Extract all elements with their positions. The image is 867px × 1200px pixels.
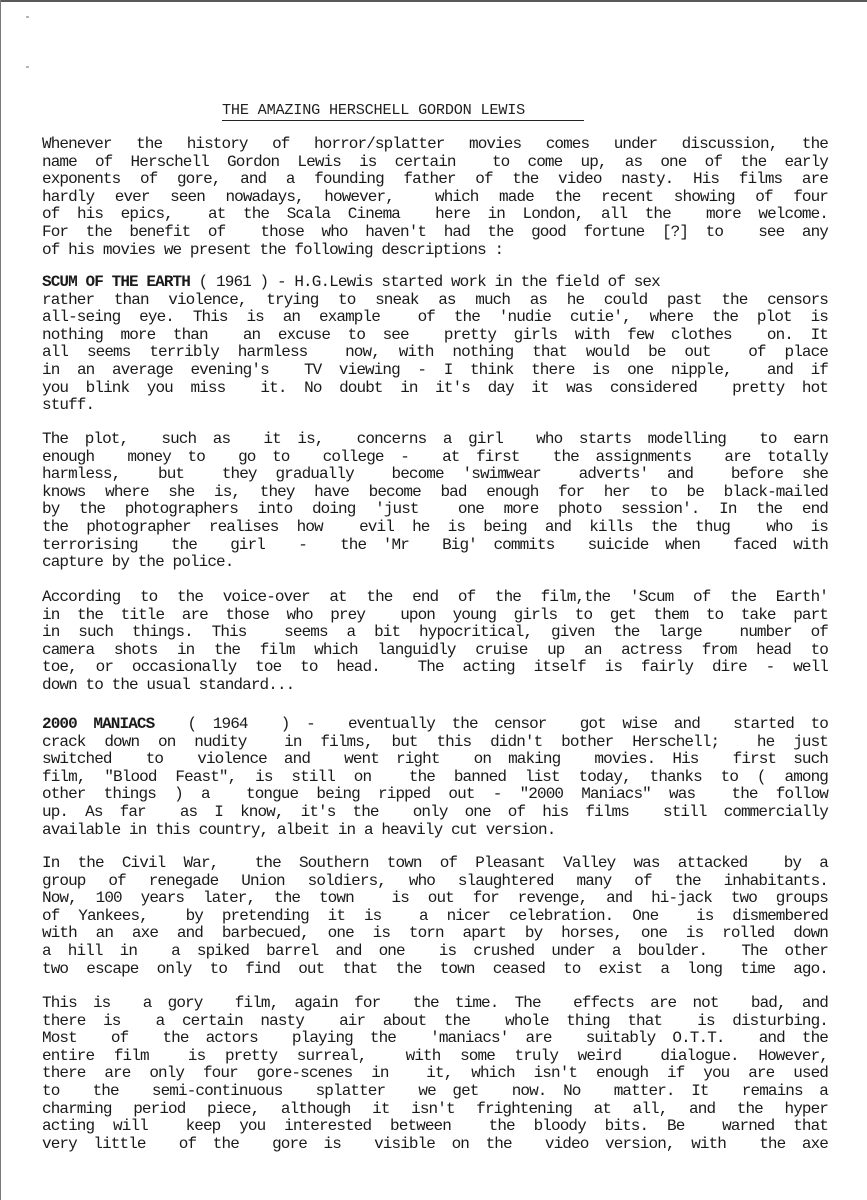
text-line: For the benefit of those who haven't had… (42, 224, 828, 242)
text-line: terrorising the girl - the 'Mr Big' comm… (42, 537, 828, 555)
text-line: to the semi-continuous splatter we get n… (42, 1083, 828, 1101)
text-line: name of Herschell Gordon Lewis is certai… (42, 154, 828, 172)
film-title: 2000 MANIACS (42, 715, 154, 733)
film-heading-rest: ( 1964 ) - eventually the censor got wis… (154, 715, 828, 733)
scum-of-the-earth-section: SCUM OF THE EARTH ( 1961 ) - H.G.Lewis s… (42, 274, 828, 415)
text-line: of Yankees, by pretending it is a nicer … (42, 908, 828, 926)
text-line: Whenever the history of horror/splatter … (42, 136, 828, 154)
text-line: there is a certain nasty air about the w… (42, 1013, 828, 1031)
text-line: by the photographers into doing 'just on… (42, 501, 828, 519)
text-line: in the title are those who prey upon you… (42, 607, 828, 625)
text-line: In the Civil War, the Southern town of P… (42, 855, 828, 873)
text-line: group of renegade Union soldiers, who sl… (42, 873, 828, 891)
scan-left-edge (0, 0, 1, 1200)
text-line: crack down on nudity in films, but this … (42, 734, 828, 752)
text-line: hardly ever seen nowadays, however, whic… (42, 189, 828, 207)
text-line: other things ) a tongue being ripped out… (42, 786, 828, 804)
page-title: THE AMAZING HERSCHELL GORDON LEWIS (222, 101, 584, 121)
text-line: up. As far as I know, it's the only one … (42, 804, 828, 822)
text-line: in an average evening's TV viewing - I t… (42, 362, 828, 380)
maniacs-review-paragraph: This is a gory film, again for the time.… (42, 995, 828, 1153)
text-line: a hill in a spiked barrel and one is cru… (42, 943, 828, 961)
text-line: in such things. This seems a bit hypocri… (42, 624, 828, 642)
scan-top-edge (0, 0, 867, 2)
text-line: switched to violence and went right on m… (42, 751, 828, 769)
text-line: down to the usual standard... (42, 677, 828, 695)
text-line: entire film is pretty surreal, with some… (42, 1048, 828, 1066)
text-line: rather than violence, trying to sneak as… (42, 292, 828, 310)
text-line: Now, 100 years later, the town is out fo… (42, 890, 828, 908)
film-heading-line: 2000 MANIACS ( 1964 ) - eventually the c… (42, 716, 828, 734)
text-line: camera shots in the film which languidly… (42, 642, 828, 660)
text-line: acting will keep you interested between … (42, 1118, 828, 1136)
text-line: knows where she is, they have become bad… (42, 484, 828, 502)
text-line: stuff. (42, 397, 828, 415)
text-line: film, "Blood Feast", is still on the ban… (42, 769, 828, 787)
film-heading-rest: ( 1961 ) - H.G.Lewis started work in the… (190, 273, 660, 291)
text-line: of his movies we present the following d… (42, 242, 828, 260)
text-line: exponents of gore, and a founding father… (42, 171, 828, 189)
text-line: harmless, but they gradually become 'swi… (42, 466, 828, 484)
text-line: enough money to go to college - at first… (42, 449, 828, 467)
film-title: SCUM OF THE EARTH (42, 273, 190, 291)
intro-paragraph: Whenever the history of horror/splatter … (42, 136, 828, 259)
text-line: available in this country, albeit in a h… (42, 822, 828, 840)
scan-speck (26, 66, 29, 68)
text-line: of his epics, at the Scala Cinema here i… (42, 206, 828, 224)
text-line: there are only four gore-scenes in it, w… (42, 1065, 828, 1083)
text-line: nothing more than an excuse to see prett… (42, 327, 828, 345)
text-line: with an axe and barbecued, one is torn a… (42, 925, 828, 943)
text-line: According to the voice-over at the end o… (42, 589, 828, 607)
text-line: toe, or occasionally toe to head. The ac… (42, 659, 828, 677)
maniacs-plot-paragraph: In the Civil War, the Southern town of P… (42, 855, 828, 978)
text-line: The plot, such as it is, concerns a girl… (42, 431, 828, 449)
scum-plot-paragraph: The plot, such as it is, concerns a girl… (42, 431, 828, 572)
text-line: two escape only to find out that the tow… (42, 961, 828, 979)
text-line: all-seing eye. This is an example of the… (42, 309, 828, 327)
text-line: the photographer realises how evil he is… (42, 519, 828, 537)
text-line: Most of the actors playing the 'maniacs'… (42, 1030, 828, 1048)
scum-voiceover-paragraph: According to the voice-over at the end o… (42, 589, 828, 695)
text-line: charming period piece, although it isn't… (42, 1101, 828, 1119)
text-line: you blink you miss it. No doubt in it's … (42, 380, 828, 398)
text-line: capture by the police. (42, 554, 828, 572)
text-line: all seems terribly harmless now, with no… (42, 344, 828, 362)
text-line: very little of the gore is visible on th… (42, 1136, 828, 1154)
scan-speck (26, 16, 29, 18)
film-heading-line: SCUM OF THE EARTH ( 1961 ) - H.G.Lewis s… (42, 274, 828, 292)
text-line: This is a gory film, again for the time.… (42, 995, 828, 1013)
2000-maniacs-section: 2000 MANIACS ( 1964 ) - eventually the c… (42, 716, 828, 839)
